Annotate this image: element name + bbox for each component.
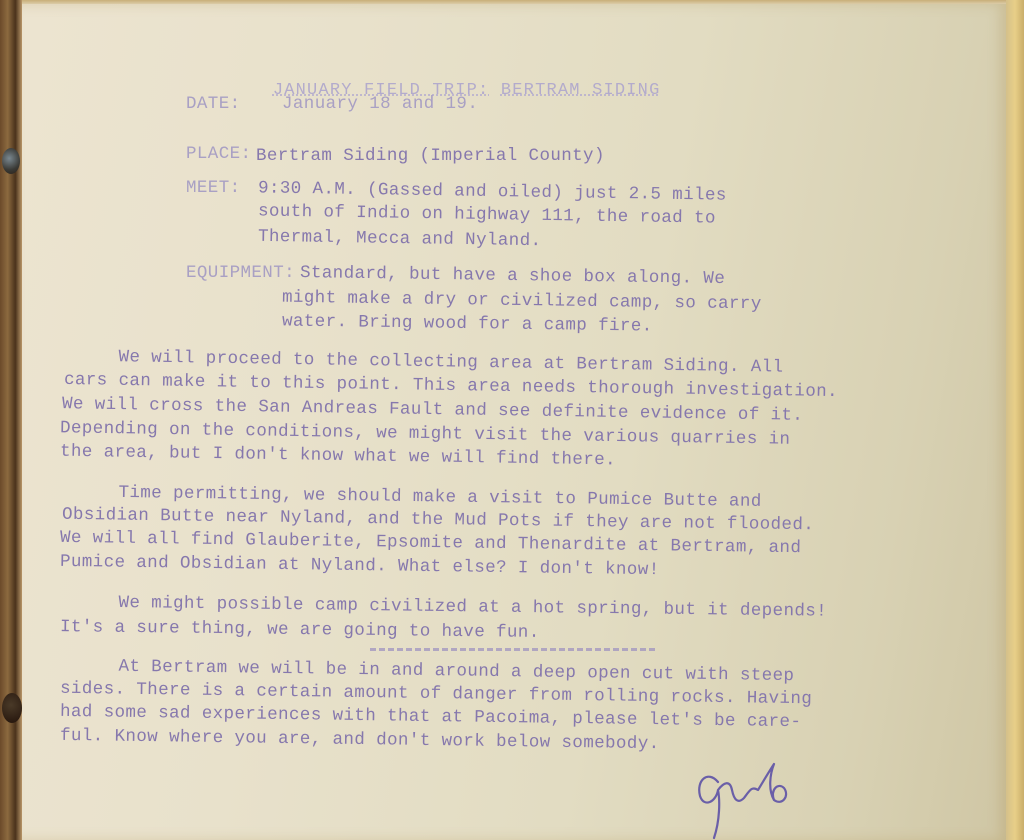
- binder-spine: [0, 0, 22, 840]
- binder-ring-icon: [2, 693, 22, 723]
- binder-ring-icon: [2, 148, 20, 174]
- page-stack-edge: [1006, 0, 1024, 840]
- field-label-date: DATE:: [186, 94, 241, 114]
- handwritten-signature: [690, 760, 840, 840]
- field-value-date: January 18 and 19.: [282, 94, 478, 114]
- title-part2: BERTRAM SIDING: [501, 81, 661, 100]
- field-label-equipment: EQUIPMENT:: [186, 263, 295, 283]
- field-label-meet: MEET:: [186, 178, 241, 198]
- separator-line: [370, 648, 655, 651]
- field-label-place: PLACE:: [186, 144, 251, 164]
- field-value-place: Bertram Siding (Imperial County): [256, 146, 605, 166]
